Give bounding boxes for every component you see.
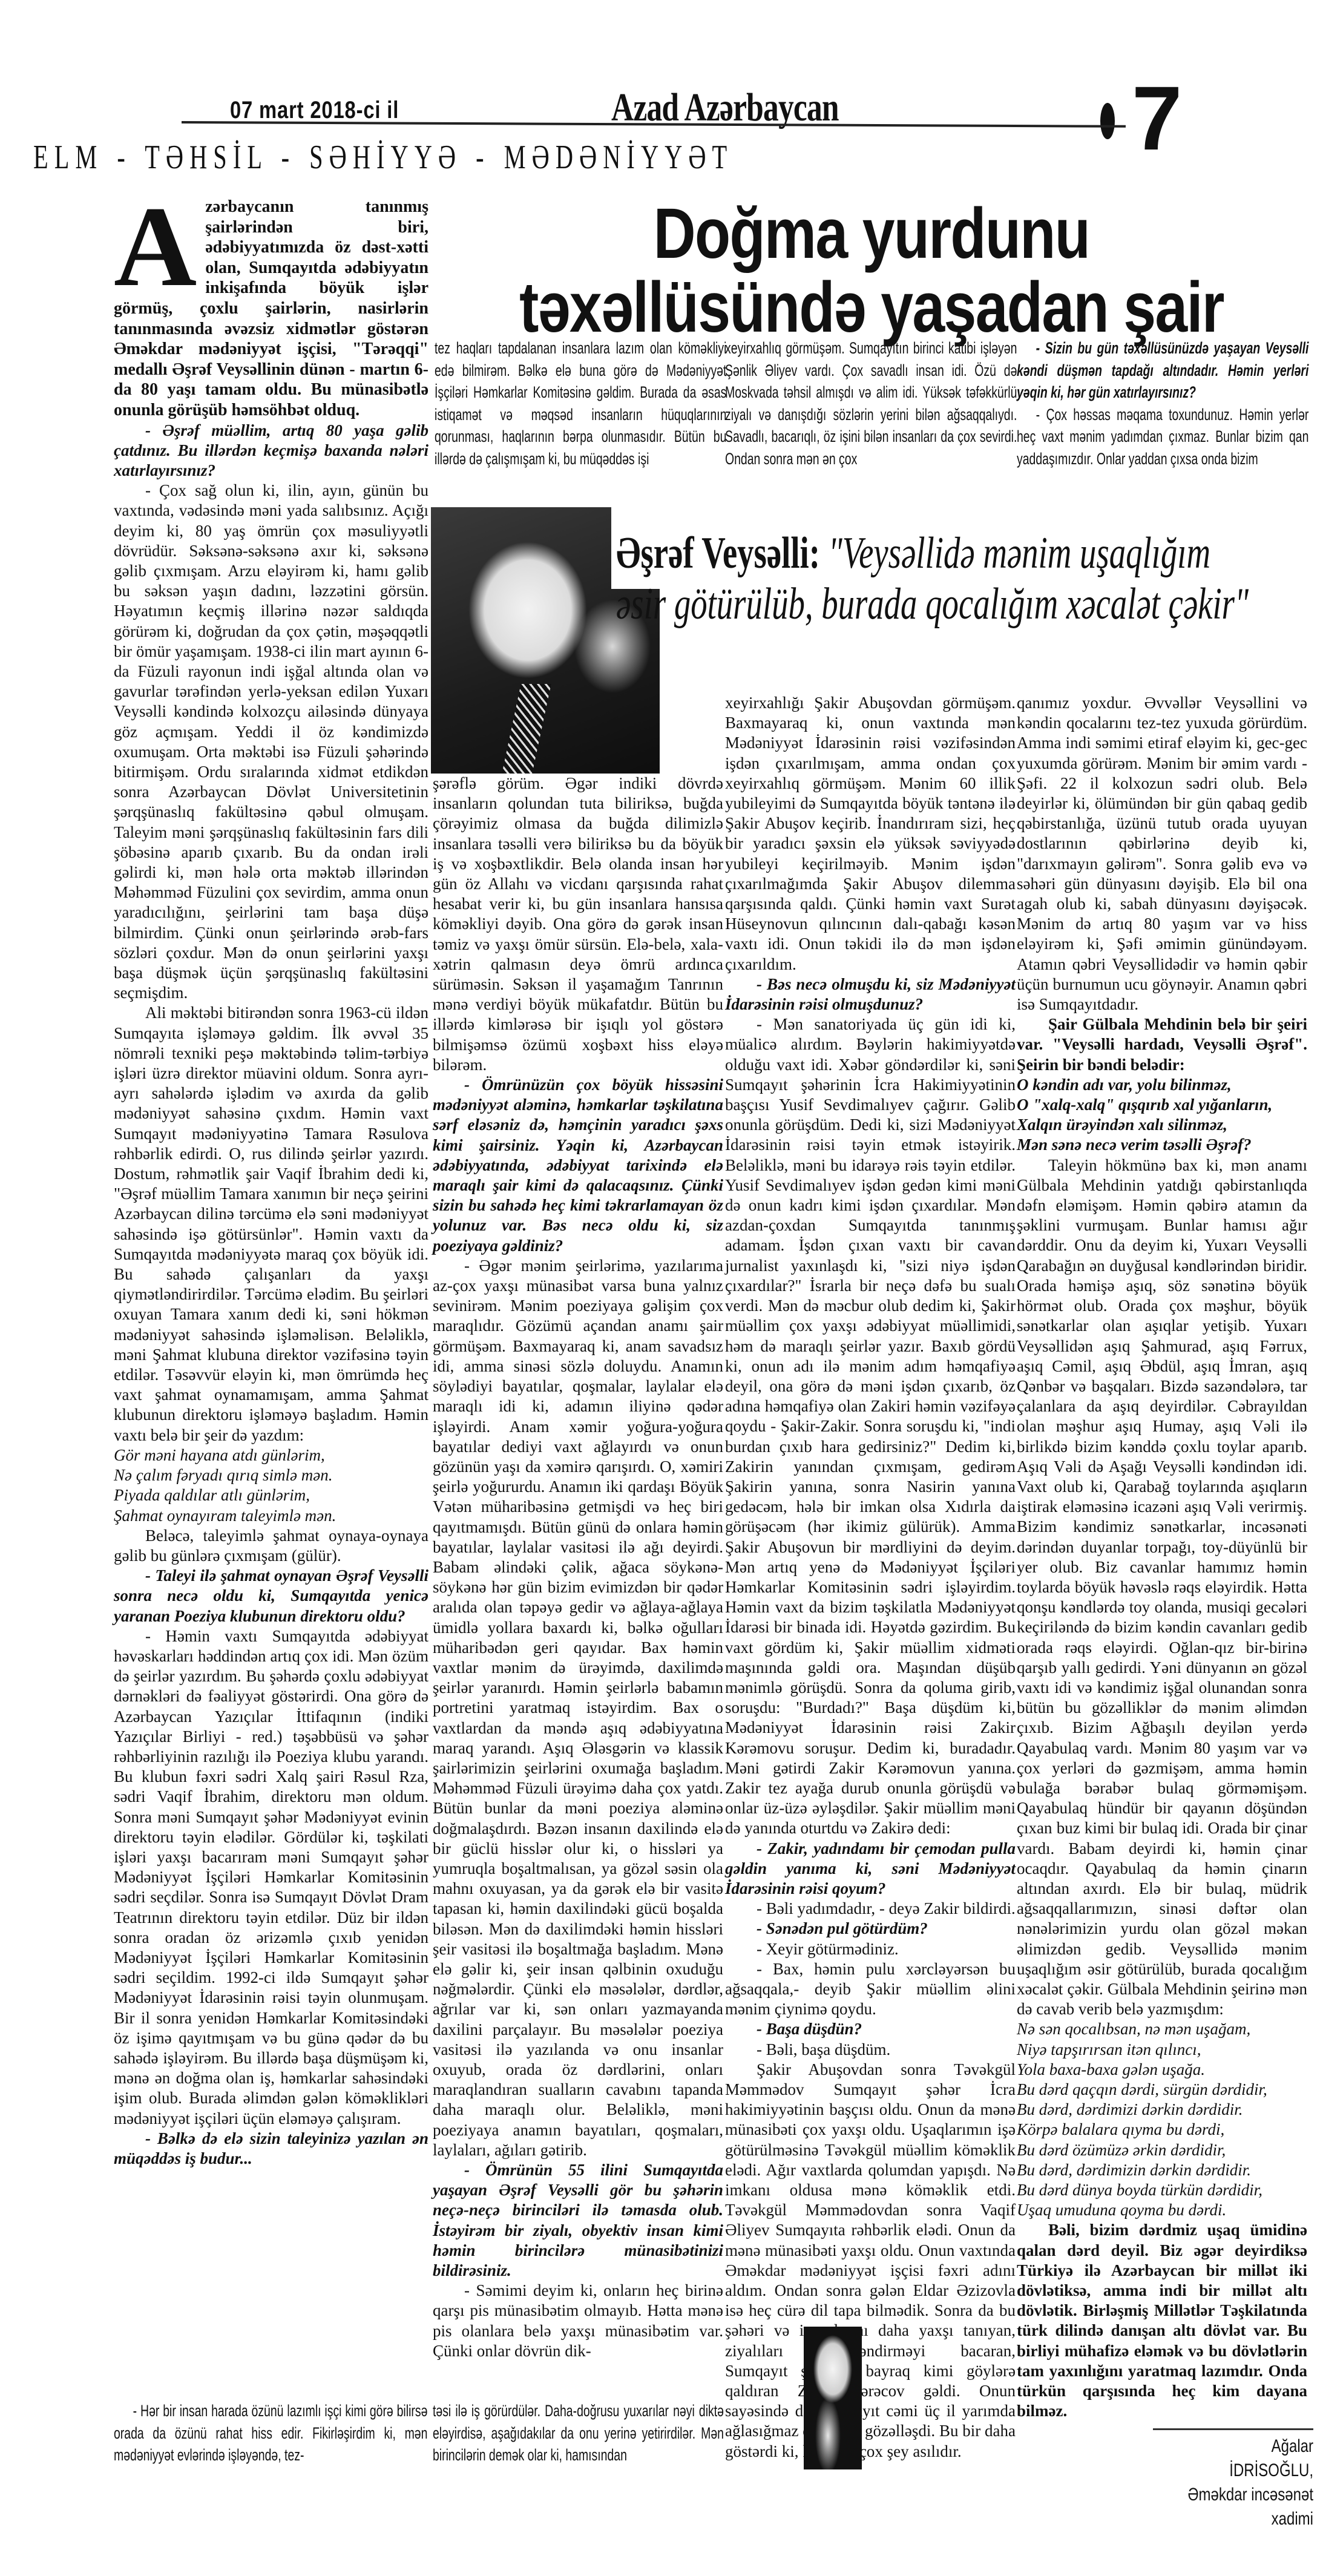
poem-line: Niyə tapşırırsan itən qılıncı, bbox=[1017, 2040, 1307, 2060]
paragraph: - Bəli, başa düşdüm. bbox=[725, 2040, 1016, 2060]
poem-line: Bu dərd dünya boyda türkün dərdidir, bbox=[1017, 2180, 1307, 2200]
interview-question: - Bəlkə də elə sizin taleyinizə yazılan … bbox=[114, 2129, 428, 2169]
paragraph: - Bəli yadımdadır, - deyə Zakir bildirdi… bbox=[725, 1899, 1016, 1919]
poem-line: Uşaq umuduna qoyma bu dərdi. bbox=[1017, 2200, 1307, 2220]
column-1-tail: - Hər bir insan harada özünü lazımlı işç… bbox=[114, 2400, 427, 2466]
author-photo bbox=[804, 2327, 862, 2469]
paragraph: - Həmin vaxtı Sumqayıtda ədəbiyyat həvəs… bbox=[114, 1626, 428, 2129]
paragraph: xeyirxahlığı Şakir Abuşovdan görmüşəm. B… bbox=[725, 693, 1016, 974]
poem-line: Körpə balalara qıyma bu dərdi, bbox=[1017, 2120, 1307, 2140]
paragraph: tez haqları tapdalanan insanlara lazım o… bbox=[435, 337, 726, 470]
paragraph: xeyirxahlıq görmüşəm. Sumqayıtın birinci… bbox=[725, 337, 1017, 470]
poem-line: Şahmat oynayıram taleyimlə mən. bbox=[114, 1506, 428, 1526]
paragraph: - Çox sağ olun ki, ilin, ayın, günün bu … bbox=[114, 481, 428, 1003]
paragraph: - Hər bir insan harada özünü lazımlı işç… bbox=[114, 2400, 427, 2466]
byline-title: Əməkdar incəsənət xadimi bbox=[1185, 2483, 1313, 2531]
column-3-body: - Bəs necə olmuşdu ki, siz Mədəniyyət İd… bbox=[725, 974, 1016, 2462]
byline-rule bbox=[1153, 2428, 1313, 2430]
column-2-top: tez haqları tapdalanan insanlara lazım o… bbox=[435, 337, 726, 470]
interview-question: - Sizin bu gün təxəllüsünüzdə yaşayan Ve… bbox=[1017, 337, 1308, 404]
paragraph: - Xeyir götürmədiniz. bbox=[725, 1939, 1016, 1959]
paragraph: şərəflə görüm. Əgər indiki dövrdə insanl… bbox=[433, 774, 723, 1075]
column-3-top: xeyirxahlıq görmüşəm. Sumqayıtın birinci… bbox=[725, 337, 1017, 470]
poem-line: Bu dərd, dərdimizin dərkin dərdidir. bbox=[1017, 2160, 1307, 2180]
paragraph: - Səmimi deyim ki, onların heç birinə qa… bbox=[433, 2281, 723, 2361]
poem-line: Piyada qaldılar atlı günlərim, bbox=[114, 1485, 428, 1505]
interview-question: - Bəs necə olmuşdu ki, siz Mədəniyyət İd… bbox=[725, 974, 1016, 1014]
interview-question: - Zakir, yadındamı bir çemodan pulla gəl… bbox=[725, 1839, 1016, 1899]
column-1: Azərbaycanın tanınmış şairlərindən biri,… bbox=[114, 197, 428, 2169]
paragraph: Şair Gülbala Mehdinin belə bir şeiri var… bbox=[1017, 1014, 1307, 1075]
column-4: qanımız yoxdur. Əvvəllər Veysəllini və k… bbox=[1017, 693, 1307, 2421]
poem-line: Mən sənə necə verim təsəlli Əşrəf? bbox=[1017, 1135, 1307, 1155]
column-4-top: - Sizin bu gün təxəllüsünüzdə yaşayan Ve… bbox=[1017, 337, 1308, 470]
column-1-body: - Əşrəf müəllim, artıq 80 yaşa gəlib çat… bbox=[114, 421, 428, 2169]
column-2-tail: təsi ilə iş görürdülər. Daha-doğrusu yux… bbox=[433, 2400, 724, 2466]
paragraph: - Əgər mənim şeirlərimə, yazılarıma az-ç… bbox=[433, 1256, 723, 2160]
interview-question: - Başa düşdün? bbox=[725, 2019, 1016, 2039]
poem-line: O kəndin adı var, yolu bilinməz, bbox=[1017, 1075, 1307, 1095]
paragraph: qanımız yoxdur. Əvvəllər Veysəllini və k… bbox=[1017, 693, 1307, 1014]
subhead-name: Əşrəf Veysəlli: bbox=[616, 528, 820, 578]
paragraph: Bəli, bizim dərdmiz uşaq ümidinə qalan d… bbox=[1017, 2220, 1307, 2421]
paragraph: Beləcə, taleyimlə şahmat oynaya-oynaya g… bbox=[114, 1526, 428, 1566]
byline: Ağalar İDRİSOĞLU, Əməkdar incəsənət xadi… bbox=[1185, 2434, 1313, 2531]
poem-line: Gör məni hayana atdı günlərim, bbox=[114, 1445, 428, 1465]
paragraph: - Bax, həmin pulu xərcləyərsən bu ağsaqq… bbox=[725, 1959, 1016, 2020]
subheadline: Əşrəf Veysəlli: "Veysəllidə mənim uşaqlı… bbox=[616, 528, 1131, 629]
poem-line: O "xalq-xalq" qışqırıb xal yığanların, bbox=[1017, 1095, 1307, 1115]
interview-question: - Ömrünüzün çox böyük hissəsini mədəniyy… bbox=[433, 1075, 723, 1256]
poem-line: Nə çalım fəryadı qırıq simlə mən. bbox=[114, 1465, 428, 1485]
paragraph: Şakir Abuşovdan sonra Təvəkgül Məmmədov … bbox=[725, 2060, 1016, 2462]
poem-line: Bu dərd, dərdimizi dərkin dərdidir. bbox=[1017, 2100, 1307, 2120]
subhead-quote-1: "Veysəllidə mənim uşaqlığım bbox=[829, 528, 1210, 578]
subhead-quote-2: əsir götürülüb, burada qocalığım xəcalət… bbox=[616, 579, 1249, 629]
poem-line: Bu dərd qaçqın dərdi, sürgün dərdidir, bbox=[1017, 2080, 1307, 2100]
column-2: şərəflə görüm. Əgər indiki dövrdə insanl… bbox=[433, 774, 723, 2361]
interview-question: - Taleyi ilə şahmat oynayan Əşrəf Veysəl… bbox=[114, 1566, 428, 1626]
poem-line: Xalqın ürəyindən xalı silinməz, bbox=[1017, 1115, 1307, 1135]
poem-line: Yola baxa-baxa gələn uşağa. bbox=[1017, 2060, 1307, 2080]
headline-line-2: təxəllüsündə yaşadan şair bbox=[514, 271, 1229, 344]
paragraph: təsi ilə iş görürdülər. Daha-doğrusu yux… bbox=[433, 2400, 724, 2466]
byline-author: Ağalar İDRİSOĞLU, bbox=[1185, 2434, 1313, 2483]
paragraph: - Çox həssas məqama toxundunuz. Həmin ye… bbox=[1017, 404, 1308, 470]
headline-line-1: Doğma yurdunu bbox=[514, 197, 1229, 271]
page-number: 7 bbox=[1132, 73, 1182, 163]
poem-line: Bu dərd özümüzə ərkin dərdidir, bbox=[1017, 2140, 1307, 2160]
column-3: xeyirxahlığı Şakir Abuşovdan görmüşəm. B… bbox=[725, 693, 1016, 2462]
paragraph: - Mən sanatoriyada üç gün idi ki, müalic… bbox=[725, 1014, 1016, 1838]
interview-question: - Ömrünün 55 ilini Sumqayıtda yaşayan Əş… bbox=[433, 2160, 723, 2281]
interview-question: - Sənədən pul götürdüm? bbox=[725, 1919, 1016, 1939]
bullet-icon bbox=[1100, 103, 1115, 139]
poem-line: Nə sən qocalıbsan, nə mən uşağam, bbox=[1017, 2019, 1307, 2039]
interview-question: - Əşrəf müəllim, artıq 80 yaşa gəlib çat… bbox=[114, 421, 428, 481]
lead-paragraph: Azərbaycanın tanınmış şairlərindən biri,… bbox=[114, 197, 428, 421]
section-title: ELM - TƏHSİL - SƏHİYYƏ - MƏDƏNİYYƏT bbox=[33, 138, 733, 177]
paragraph: Taleyin hökmünə bax ki, mən anamı Gülbal… bbox=[1017, 1155, 1307, 2020]
drop-cap: A bbox=[114, 202, 197, 292]
headline: Doğma yurdunu təxəllüsündə yaşadan şair bbox=[514, 197, 1229, 344]
paragraph: Ali məktəbi bitirəndən sonra 1963-cü ild… bbox=[114, 1003, 428, 1445]
issue-date: 07 mart 2018-ci il bbox=[230, 97, 399, 124]
